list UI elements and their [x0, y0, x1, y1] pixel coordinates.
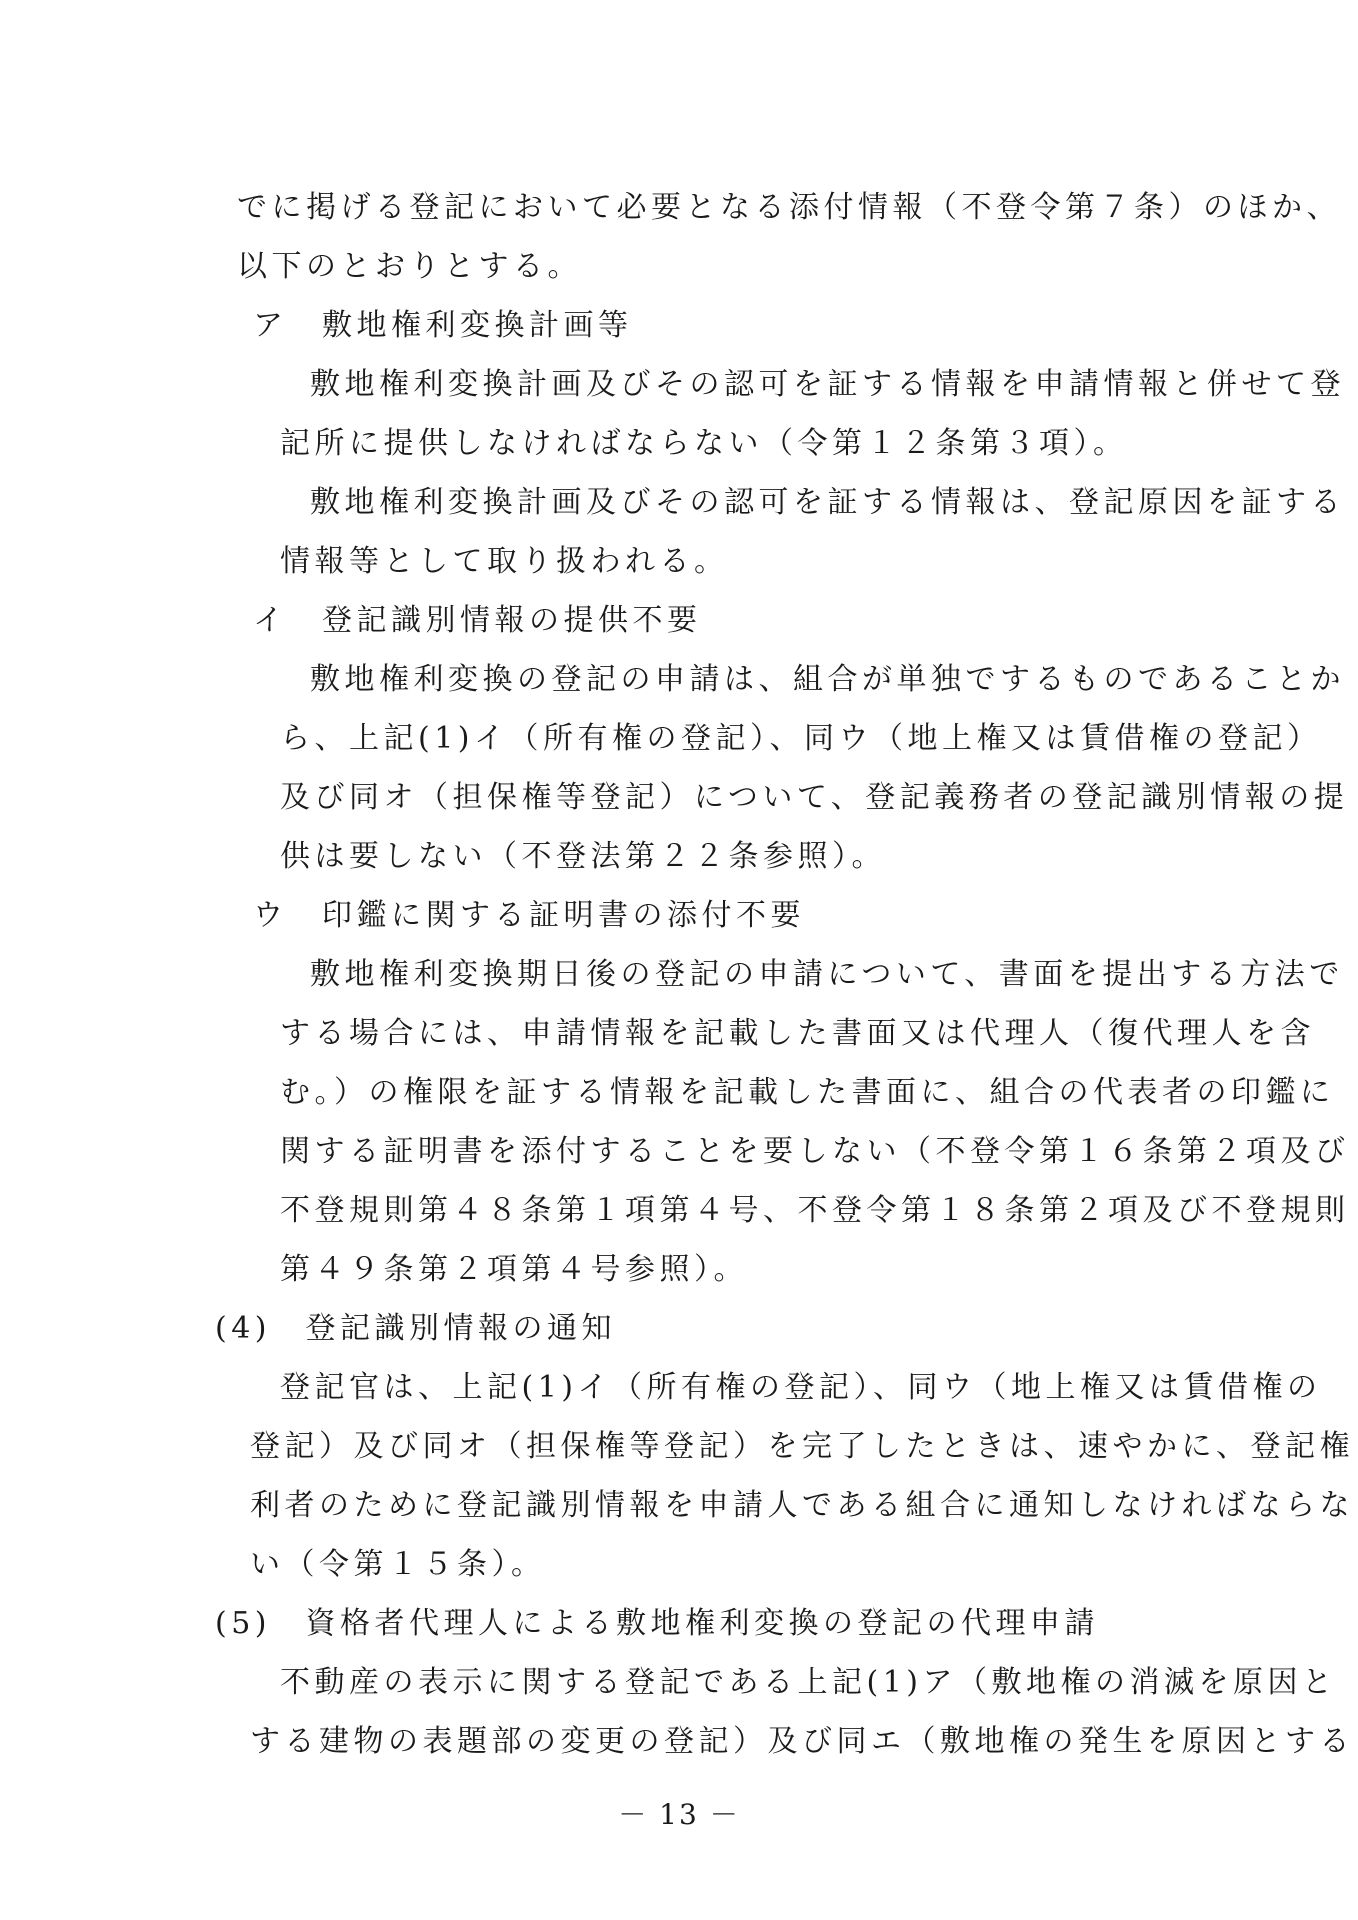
text-line: 以下のとおりとする。	[237, 247, 582, 287]
text-line: 関する証明書を添付することを要しない（不登令第１６条第２項及び	[280, 1132, 1350, 1172]
text-line: 及び同オ（担保権等登記）について、登記義務者の登記識別情報の提	[280, 778, 1348, 818]
page-number: － 13 －	[0, 1795, 1358, 1835]
text-line: ら、上記(1)イ（所有権の登記）、同ウ（地上権又は賃借権の登記）	[280, 719, 1322, 759]
text-line: でに掲げる登記において必要となる添付情報（不登令第７条）のほか、	[237, 188, 1341, 228]
text-line: 不登規則第４８条第１項第４号、不登令第１８条第２項及び不登規則	[280, 1191, 1350, 1231]
text-line: 記所に提供しなければならない（令第１２条第３項）。	[280, 424, 1128, 464]
text-line: 敷地権利変換計画及びその認可を証する情報は、登記原因を証する	[310, 483, 1345, 523]
text-line: ア 敷地権利変換計画等	[253, 306, 633, 346]
text-line: 登記官は、上記(1)イ（所有権の登記）、同ウ（地上権又は賃借権の	[280, 1368, 1322, 1408]
text-line: 情報等として取り扱われる。	[280, 542, 729, 582]
text-line: む。）の権限を証する情報を記載した書面に、組合の代表者の印鑑に	[280, 1073, 1335, 1113]
text-line: (4) 登記識別情報の通知	[215, 1309, 616, 1349]
text-line: 利者のために登記識別情報を申請人である組合に通知しなければならな	[250, 1486, 1354, 1526]
text-line: 供は要しない（不登法第２２条参照）。	[280, 837, 886, 877]
text-line: 敷地権利変換計画及びその認可を証する情報を申請情報と併せて登	[310, 365, 1345, 405]
text-line: 不動産の表示に関する登記である上記(1)ア（敷地権の消滅を原因と	[280, 1663, 1337, 1703]
text-line: する建物の表題部の変更の登記）及び同エ（敷地権の発生を原因とする	[250, 1722, 1354, 1762]
text-line: イ 登記識別情報の提供不要	[253, 601, 702, 641]
text-line: ウ 印鑑に関する証明書の添付不要	[253, 896, 805, 936]
text-line: (5) 資格者代理人による敷地権利変換の登記の代理申請	[215, 1604, 1099, 1644]
text-line: い（令第１５条）。	[250, 1545, 546, 1585]
document-page: でに掲げる登記において必要となる添付情報（不登令第７条）のほか、以下のとおりとす…	[0, 0, 1358, 1920]
text-line: 敷地権利変換の登記の申請は、組合が単独でするものであることか	[310, 660, 1345, 700]
text-line: する場合には、申請情報を記載した書面又は代理人（復代理人を含	[280, 1014, 1315, 1054]
text-line: 敷地権利変換期日後の登記の申請について、書面を提出する方法で	[310, 955, 1344, 995]
text-line: 第４９条第２項第４号参照）。	[280, 1250, 748, 1290]
text-line: 登記）及び同オ（担保権等登記）を完了したときは、速やかに、登記権	[250, 1427, 1354, 1467]
